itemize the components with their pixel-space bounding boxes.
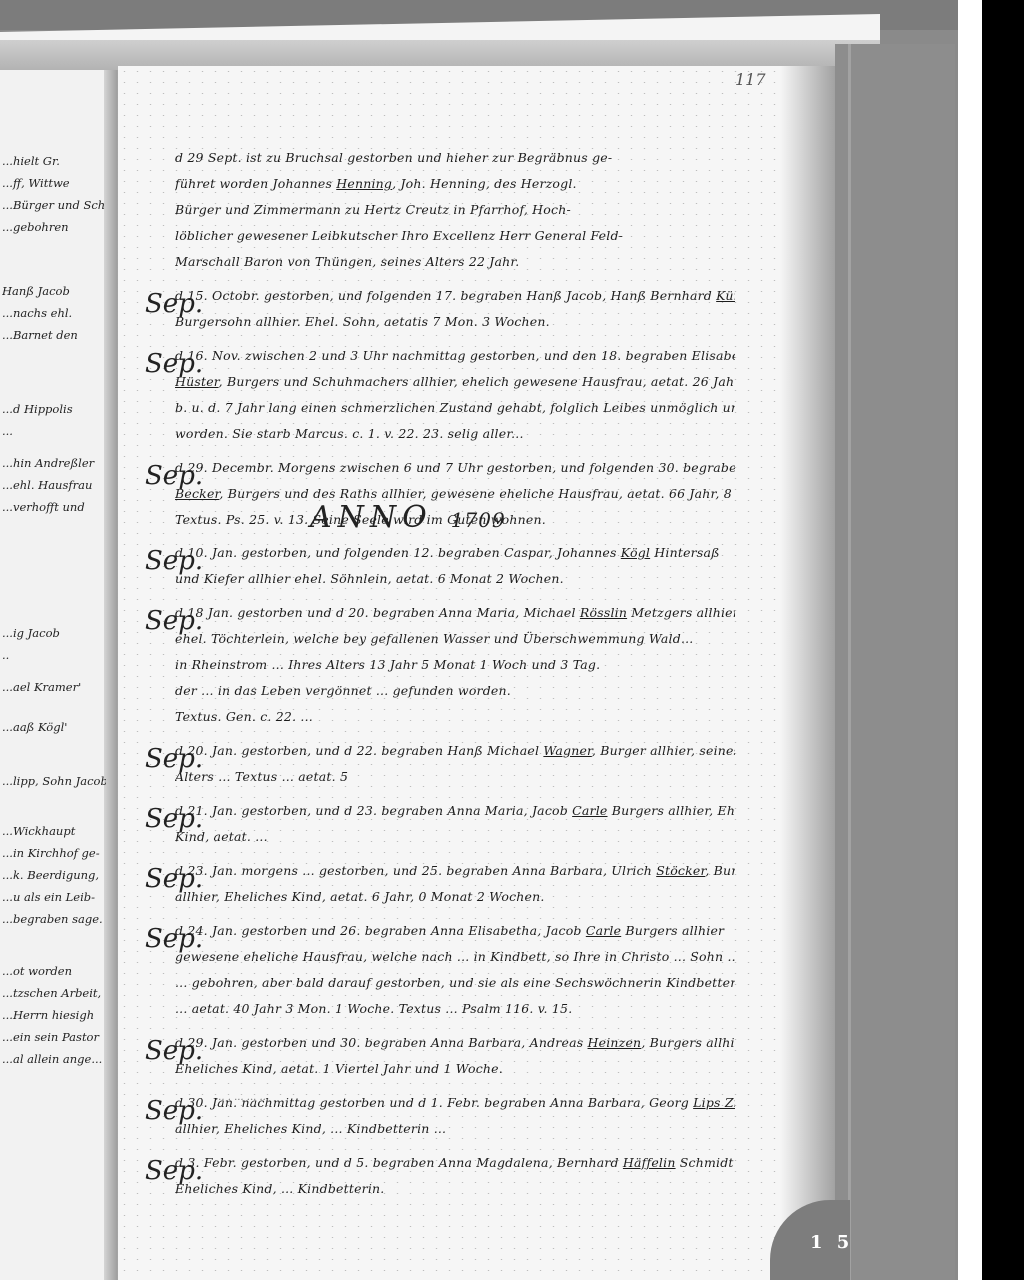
left-page-fragment: ...ot worden...tzschen Arbeit,...Herrn h…	[2, 960, 106, 1070]
entry-line: Kind, aetat. ...	[175, 824, 735, 850]
film-right-margin	[835, 44, 955, 1280]
fragment-line: ...Herrn hiesigh	[2, 1004, 106, 1026]
entry-line: d 20. Jan. gestorben, und d 22. begraben…	[175, 738, 735, 764]
entry-line: d 18 Jan. gestorben und d 20. begraben A…	[175, 600, 735, 626]
entry-line: Eheliches Kind, aetat. 1 Viertel Jahr un…	[175, 1056, 735, 1082]
margin-mark: Sep.	[145, 461, 203, 491]
register-entries-1708: d 29 Sept. ist zu Bruchsal gestorben und…	[145, 145, 735, 541]
fragment-line: ...	[2, 420, 106, 442]
entry-line: und Kiefer allhier ehel. Söhnlein, aetat…	[175, 566, 735, 592]
underlined-surname: Carle	[572, 803, 607, 818]
fragment-line: ...ot worden	[2, 960, 106, 982]
underlined-surname: Kürsch	[716, 288, 735, 303]
entry-line: Marschall Baron von Thüngen, seines Alte…	[175, 249, 735, 275]
entry-line: d 29 Sept. ist zu Bruchsal gestorben und…	[175, 145, 735, 171]
fragment-line: ...Bürger und Schw.	[2, 194, 106, 216]
underlined-surname: Lips Zimmermann	[693, 1095, 735, 1110]
register-entry: Sep.d 3. Febr. gestorben, und d 5. begra…	[145, 1150, 735, 1202]
year-heading-year: 1709	[451, 508, 506, 532]
underlined-surname: Stöcker	[656, 863, 705, 878]
entry-line: d 3. Febr. gestorben, und d 5. begraben …	[175, 1150, 735, 1176]
entry-line: worden. Sie starb Marcus. c. 1. v. 22. 2…	[175, 421, 735, 447]
left-page-fragment: Hanß Jacob...nachs ehl....Barnet den	[2, 280, 106, 346]
margin-mark: Sep.	[145, 349, 203, 379]
underlined-surname: Kögl	[621, 545, 650, 560]
fragment-line: ...hielt Gr.	[2, 150, 106, 172]
margin-mark: Sep.	[145, 924, 203, 954]
entry-line: d 10. Jan. gestorben, und folgenden 12. …	[175, 540, 735, 566]
underlined-surname: Carle	[586, 923, 621, 938]
underlined-surname: Wagner	[543, 743, 591, 758]
fragment-line: ...begraben sage.	[2, 908, 106, 930]
entry-line: Textus. Gen. c. 22. ...	[175, 704, 735, 730]
margin-mark: Sep.	[145, 1096, 203, 1126]
fragment-line: ...verhofft und	[2, 496, 106, 518]
left-page-fragment: ...hin Andreßler...ehl. Hausfrau...verho…	[2, 452, 106, 518]
left-page-fragment: ...hielt Gr....ff, Wittwe...Bürger und S…	[2, 150, 106, 238]
fragment-line: ...ein sein Pastor	[2, 1026, 106, 1048]
entry-line: d 23. Jan. morgens ... gestorben, und 25…	[175, 858, 735, 884]
register-entry: Sep.d 29. Jan. gestorben und 30. begrabe…	[145, 1030, 735, 1082]
margin-mark: Sep.	[145, 606, 203, 636]
fragment-line: ...tzschen Arbeit,	[2, 982, 106, 1004]
register-entry: d 29 Sept. ist zu Bruchsal gestorben und…	[145, 145, 735, 275]
year-heading-label: ANNO	[310, 500, 433, 535]
folio-number: 117	[735, 70, 766, 89]
fragment-line: ...aaß Kögl'	[2, 716, 106, 738]
archive-stamp: 1 5	[810, 1232, 853, 1253]
underlined-surname: Heinzen	[588, 1035, 642, 1050]
fragment-line: ...Wickhaupt	[2, 820, 106, 842]
entry-line: Eheliches Kind, ... Kindbetterin.	[175, 1176, 735, 1202]
fragment-line: ..	[2, 644, 106, 666]
margin-mark: Sep.	[145, 546, 203, 576]
fragment-line: ...d Hippolis	[2, 398, 106, 420]
fragment-line: ...ehl. Hausfrau	[2, 474, 106, 496]
entry-line: d 24. Jan. gestorben und 26. begraben An…	[175, 918, 735, 944]
fragment-line: ...gebohren	[2, 216, 106, 238]
entry-line: allhier, Eheliches Kind, aetat. 6 Jahr, …	[175, 884, 735, 910]
fragment-line: ...lipp, Sohn Jacob	[2, 770, 106, 792]
left-page-fragment: ...d Hippolis ...	[2, 398, 106, 442]
entry-line: d 29. Jan. gestorben und 30. begraben An…	[175, 1030, 735, 1056]
register-entry: Sep.d 21. Jan. gestorben, und d 23. begr…	[145, 798, 735, 850]
left-page-fragment: ...lipp, Sohn Jacob	[2, 770, 106, 792]
margin-mark: Sep.	[145, 1036, 203, 1066]
fragment-line: ...u als ein Leib-	[2, 886, 106, 908]
page-edge-shadow	[780, 66, 840, 1280]
entry-line: d 15. Octobr. gestorben, und folgenden 1…	[175, 283, 735, 309]
register-entry: Sep.d 15. Octobr. gestorben, und folgend…	[145, 283, 735, 335]
register-entry: Sep.d 24. Jan. gestorben und 26. begrabe…	[145, 918, 735, 1022]
fragment-line: ...al allein ange...	[2, 1048, 106, 1070]
entry-line: d 16. Nov. zwischen 2 und 3 Uhr nachmitt…	[175, 343, 735, 369]
film-white-border	[958, 0, 982, 1280]
year-heading: ANNO1709	[310, 500, 506, 535]
entry-line: löblicher gewesener Leibkutscher Ihro Ex…	[175, 223, 735, 249]
fragment-line: ...ff, Wittwe	[2, 172, 106, 194]
bottom-note: ... . ... ... ...	[215, 1092, 269, 1103]
left-page-fragment: ...aaß Kögl'	[2, 716, 106, 738]
entry-line: d 29. Decembr. Morgens zwischen 6 und 7 …	[175, 455, 735, 481]
entry-line: ... gebohren, aber bald darauf gestorben…	[175, 970, 735, 996]
register-entry: Sep.d 10. Jan. gestorben, und folgenden …	[145, 540, 735, 592]
entry-line: führet worden Johannes Henning, Joh. Hen…	[175, 171, 735, 197]
entry-line: in Rheinstrom ... Ihres Alters 13 Jahr 5…	[175, 652, 735, 678]
register-entry: Sep.d 23. Jan. morgens ... gestorben, un…	[145, 858, 735, 910]
margin-mark: Sep.	[145, 864, 203, 894]
entry-line: der ... in das Leben vergönnet ... gefun…	[175, 678, 735, 704]
entry-line: Hüster, Burgers und Schuhmachers allhier…	[175, 369, 735, 395]
register-entry: Sep.d 16. Nov. zwischen 2 und 3 Uhr nach…	[145, 343, 735, 447]
left-page-fragment: ...ig Jacob ..	[2, 622, 106, 666]
underlined-surname: Rösslin	[580, 605, 627, 620]
entry-line: Burgersohn allhier. Ehel. Sohn, aetatis …	[175, 309, 735, 335]
fragment-line: ...ael Kramer'	[2, 676, 106, 698]
register-entries-1709: Sep.d 10. Jan. gestorben, und folgenden …	[145, 540, 735, 1210]
fragment-line: ...Barnet den	[2, 324, 106, 346]
entry-line: ... aetat. 40 Jahr 3 Mon. 1 Woche. Textu…	[175, 996, 735, 1022]
entry-line: Alters ... Textus ... aetat. 5	[175, 764, 735, 790]
register-entry: Sep.d 18 Jan. gestorben und d 20. begrab…	[145, 600, 735, 730]
film-black-border	[982, 0, 1024, 1280]
left-page	[0, 70, 108, 1280]
underlined-surname: Häffelin	[623, 1155, 676, 1170]
entry-line: Bürger und Zimmermann zu Hertz Creutz in…	[175, 197, 735, 223]
fragment-line: ...nachs ehl.	[2, 302, 106, 324]
left-page-fragment: ...Wickhaupt...in Kirchhof ge-...k. Beer…	[2, 820, 106, 930]
fragment-line: Hanß Jacob	[2, 280, 106, 302]
entry-line: allhier, Eheliches Kind, ... Kindbetteri…	[175, 1116, 735, 1142]
left-page-fragment: ...ael Kramer'	[2, 676, 106, 698]
margin-mark: Sep.	[145, 1156, 203, 1186]
entry-line: ehel. Töchterlein, welche bey gefallenen…	[175, 626, 735, 652]
margin-mark: Sep.	[145, 804, 203, 834]
fragment-line: ...k. Beerdigung,	[2, 864, 106, 886]
entry-line: d 21. Jan. gestorben, und d 23. begraben…	[175, 798, 735, 824]
margin-mark: Sep.	[145, 744, 203, 774]
fragment-line: ...hin Andreßler	[2, 452, 106, 474]
fragment-line: ...in Kirchhof ge-	[2, 842, 106, 864]
margin-mark: Sep.	[145, 289, 203, 319]
entry-line: b. u. d. 7 Jahr lang einen schmerzlichen…	[175, 395, 735, 421]
underlined-surname: Henning	[336, 176, 392, 191]
register-entry: Sep.d 20. Jan. gestorben, und d 22. begr…	[145, 738, 735, 790]
film-scratch-line	[848, 44, 851, 1280]
fragment-line: ...ig Jacob	[2, 622, 106, 644]
entry-line: gewesene eheliche Hausfrau, welche nach …	[175, 944, 735, 970]
